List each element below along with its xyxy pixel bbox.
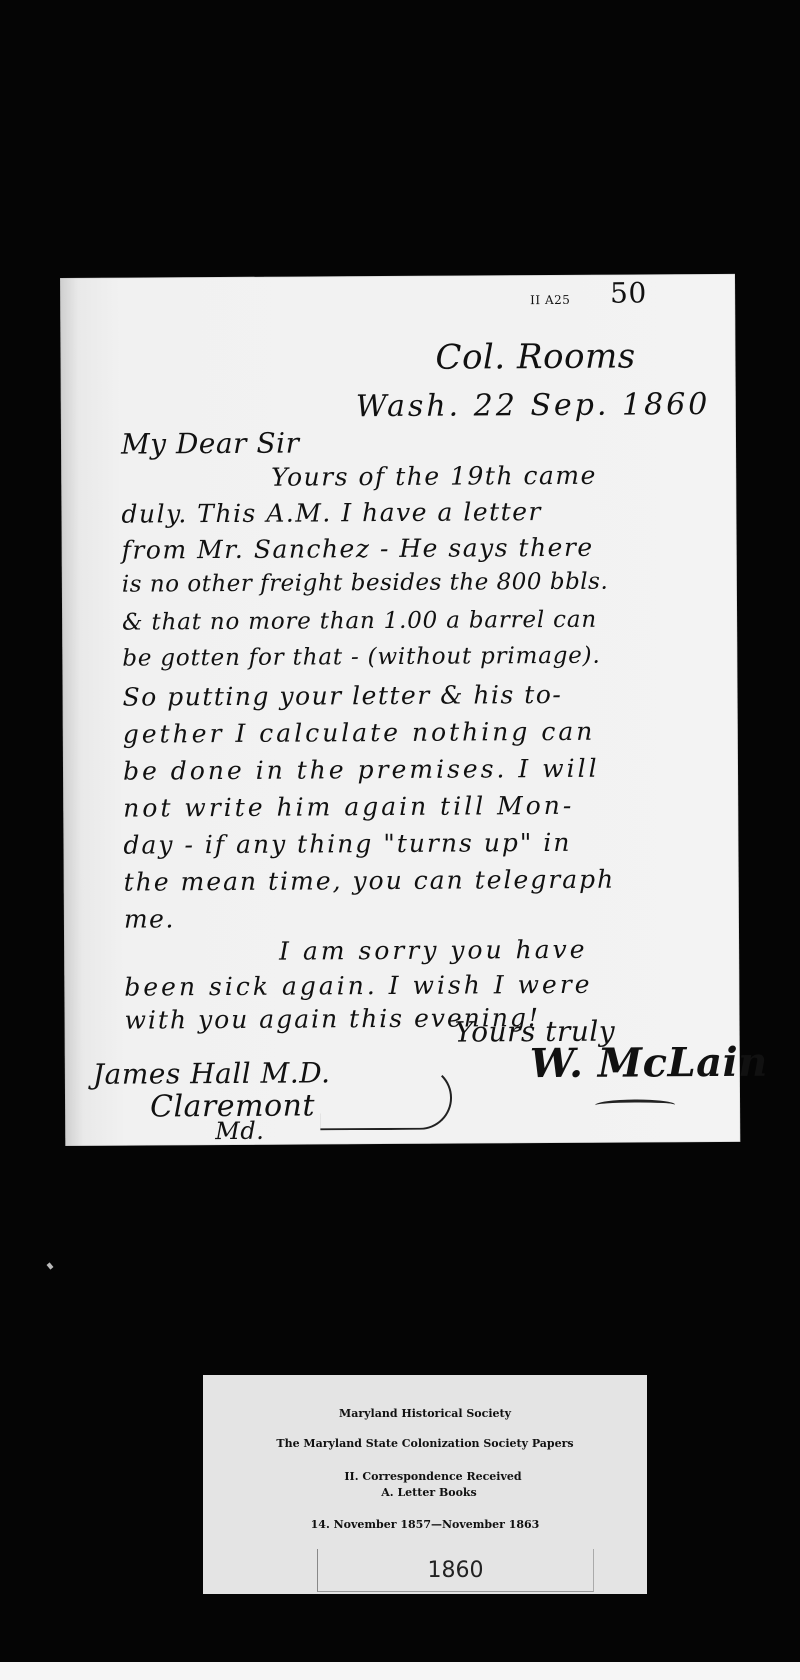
body-line: Yours of the 19th came — [271, 461, 597, 492]
archival-mark: II A25 — [530, 293, 570, 307]
body-line: the mean time, you can telegraph — [124, 865, 616, 897]
microfilm-frame: II A25 50 Col. Rooms Wash. 22 Sep. 1860 … — [0, 0, 800, 1662]
letter-salutation: My Dear Sir — [121, 427, 300, 461]
label-year: 1860 — [428, 1558, 484, 1583]
body-line: So putting your letter & his to- — [122, 680, 562, 712]
body-line: is no other freight besides the 800 bbls… — [122, 569, 609, 598]
year-box: 1860 — [317, 1549, 594, 1592]
handwritten-letter: II A25 50 Col. Rooms Wash. 22 Sep. 1860 … — [60, 274, 740, 1146]
letter-dateline: Wash. 22 Sep. 1860 — [356, 387, 711, 424]
body-line: duly. This A.M. I have a letter — [121, 497, 542, 529]
label-collection: The Maryland State Colonization Society … — [203, 1437, 647, 1450]
folio-number: 50 — [610, 276, 647, 309]
label-institution: Maryland Historical Society — [203, 1407, 647, 1420]
body-line: not write him again till Mon- — [123, 791, 574, 823]
letter-signature: W. McLain — [530, 1039, 768, 1087]
body-line: gether I calculate nothing can — [123, 717, 596, 749]
label-volume: 14. November 1857—November 1863 — [203, 1518, 647, 1531]
film-speck — [47, 1262, 54, 1269]
body-line: I am sorry you have — [279, 935, 588, 966]
body-line: been sick again. I wish I were — [124, 970, 592, 1002]
addressee-state: Md. — [215, 1117, 264, 1145]
body-line: be gotten for that - (without primage). — [122, 643, 600, 672]
body-line: day - if any thing "turns up" in — [123, 828, 571, 860]
body-line: & that no more than 1.00 a barrel can — [122, 607, 597, 636]
archival-label-card: Maryland Historical Society The Maryland… — [203, 1375, 647, 1594]
body-line: be done in the premises. I will — [123, 754, 600, 786]
letter-place: Col. Rooms — [435, 336, 635, 377]
body-line: from Mr. Sanchez - He says there — [122, 533, 594, 565]
body-line: me. — [124, 904, 175, 933]
addressee-name: James Hall M.D. — [93, 1056, 331, 1090]
address-flourish — [320, 1066, 452, 1131]
signature-underline — [595, 1099, 675, 1110]
label-series: II. Correspondence Received — [211, 1470, 655, 1483]
label-subseries: A. Letter Books — [207, 1486, 651, 1499]
